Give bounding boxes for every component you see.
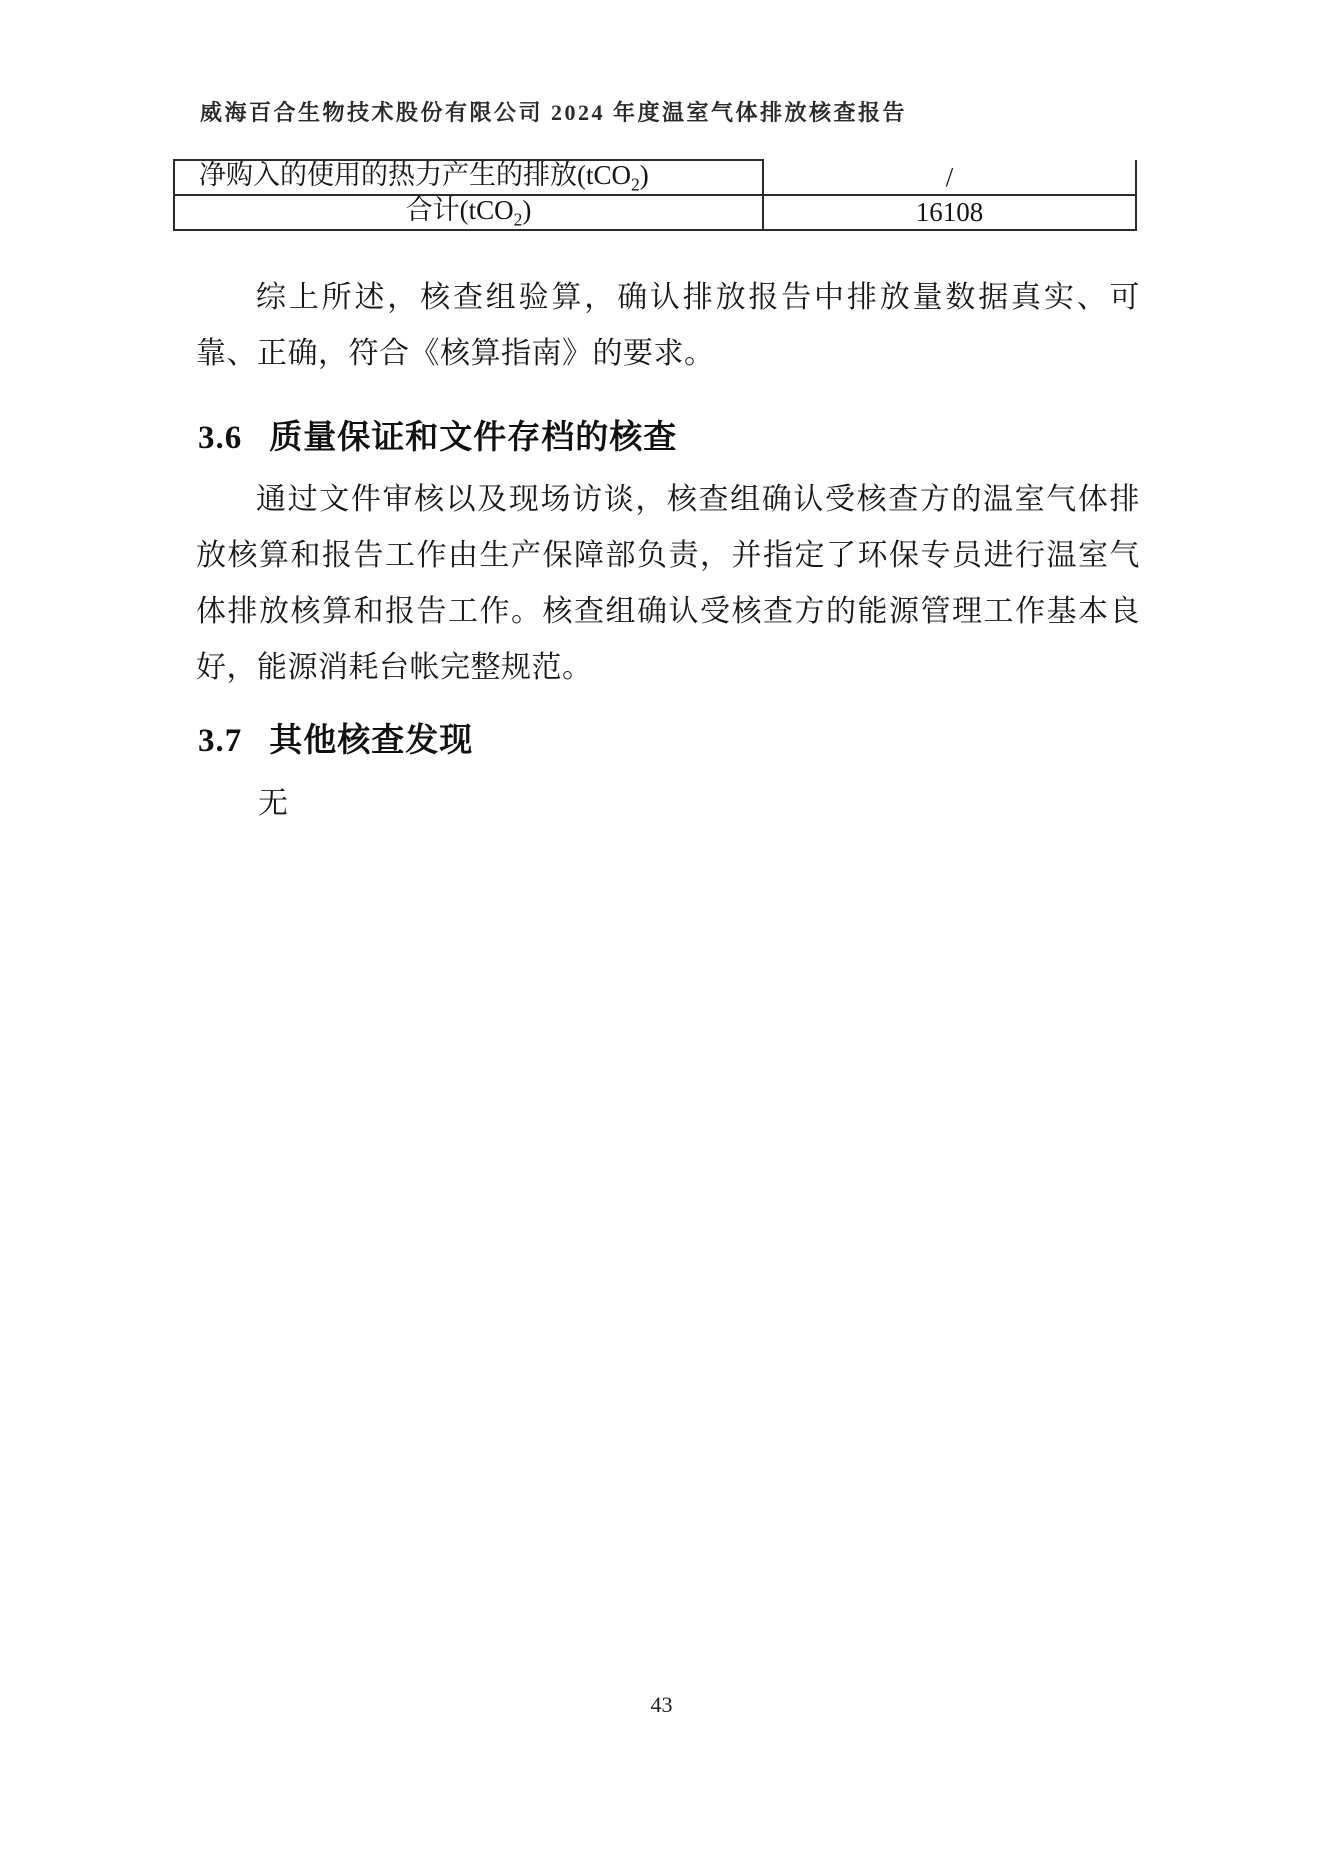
table-cell-total-label: 合计(tCO2) <box>174 195 763 230</box>
table-cell-total-value: 16108 <box>763 195 1136 230</box>
table-row-total: 合计(tCO2) 16108 <box>174 195 1136 230</box>
label-suffix: ) <box>522 195 531 225</box>
section-3-7-body: 无 <box>258 778 288 822</box>
section-title: 质量保证和文件存档的核查 <box>269 420 677 456</box>
section-3-6-body: 通过文件审核以及现场访谈，核查组确认受核查方的温室气体排放核算和报告工作由生产保… <box>196 472 1140 696</box>
section-heading-3-6: 3.6质量保证和文件存档的核查 <box>198 411 677 458</box>
summary-paragraph: 综上所述，核查组验算，确认排放报告中排放量数据真实、可靠、正确，符合《核算指南》… <box>196 270 1140 382</box>
document-page: 威海百合生物技术股份有限公司 2024 年度温室气体排放核查报告 净购入的使用的… <box>0 0 1323 1871</box>
section-title: 其他核查发现 <box>269 723 473 759</box>
section-number: 3.7 <box>198 723 242 760</box>
report-header: 威海百合生物技术股份有限公司 2024 年度温室气体排放核查报告 <box>200 96 907 127</box>
page-number: 43 <box>0 1692 1323 1718</box>
table-cell-heat-emissions-value: / <box>763 160 1136 195</box>
table-cell-heat-emissions-label: 净购入的使用的热力产生的排放(tCO2) <box>174 160 763 195</box>
subscript-two: 2 <box>631 174 640 194</box>
table-row-heat-emissions: 净购入的使用的热力产生的排放(tCO2) / <box>174 160 1136 195</box>
section-number: 3.6 <box>198 420 242 457</box>
label-text: 合计(tCO <box>406 195 514 225</box>
label-text: 净购入的使用的热力产生的排放(tCO <box>199 160 631 190</box>
section-heading-3-7: 3.7其他核查发现 <box>198 714 473 761</box>
label-suffix: ) <box>640 160 649 190</box>
emissions-summary-table: 净购入的使用的热力产生的排放(tCO2) / 合计(tCO2) 16108 <box>173 159 1137 231</box>
